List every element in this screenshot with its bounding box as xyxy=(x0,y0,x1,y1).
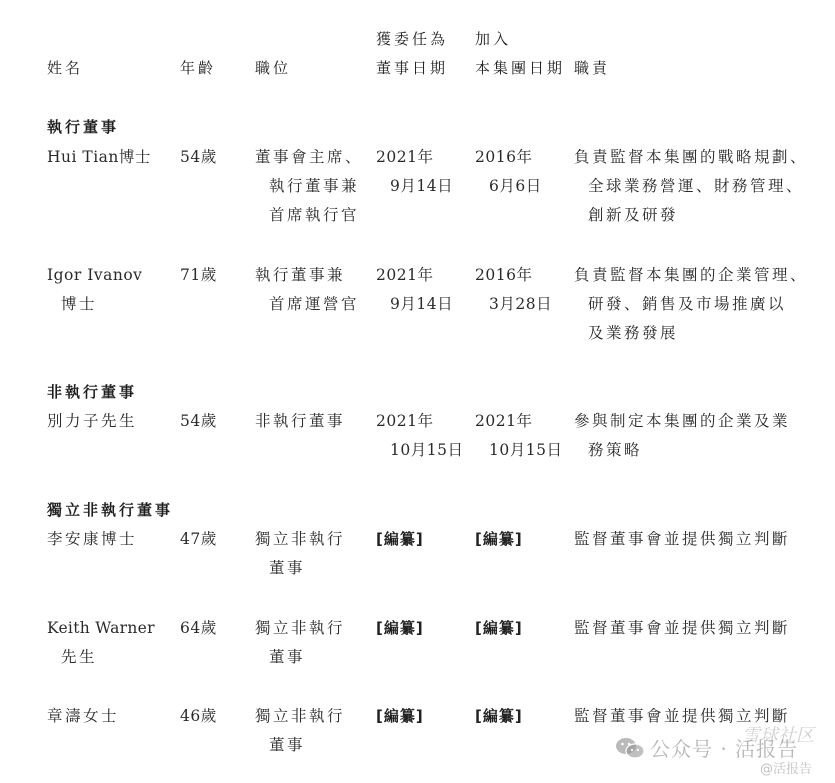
header-joined-line2: 本集團日期 xyxy=(475,54,565,83)
joined-date-redacted: [編纂] xyxy=(475,614,523,643)
director-name: Keith Warner 先生 xyxy=(47,614,155,672)
appointed-date-redacted: [編纂] xyxy=(376,525,424,554)
appointed-date: 2021年 9月14日 xyxy=(376,261,453,319)
director-duties: 監督董事會並提供獨立判斷 xyxy=(574,614,790,643)
director-duties: 參與制定本集團的企業及業 務策略 xyxy=(574,407,790,465)
director-age: 47歲 xyxy=(180,525,217,554)
director-age: 54歲 xyxy=(180,407,217,436)
director-position: 執行董事兼 首席運營官 xyxy=(255,261,359,319)
director-age: 71歲 xyxy=(180,261,217,290)
appointed-date: 2021年 9月14日 xyxy=(376,143,453,201)
appointed-date-redacted: [編纂] xyxy=(376,702,424,731)
watermark-handle: @活报告 xyxy=(760,758,812,777)
wechat-icon xyxy=(615,737,645,759)
joined-date: 2021年 10月15日 xyxy=(475,407,562,465)
director-duties: 負責監督本集團的戰略規劃、 全球業務營運、財務管理、 創新及研發 xyxy=(574,143,808,230)
director-duties: 監督董事會並提供獨立判斷 xyxy=(574,525,790,554)
director-position: 獨立非執行 董事 xyxy=(255,525,345,583)
appointed-date-redacted: [編纂] xyxy=(376,614,424,643)
joined-date: 2016年 3月28日 xyxy=(475,261,552,319)
header-joined-line1: 加入 xyxy=(475,25,511,54)
directors-table-page: 姓名 年齡 職位 獲委任為 董事日期 加入 本集團日期 職責 執行董事 Hui … xyxy=(0,0,835,783)
director-position: 獨立非執行 董事 xyxy=(255,702,345,760)
joined-date: 2016年 6月6日 xyxy=(475,143,542,201)
director-name: Hui Tian博士 xyxy=(47,143,151,172)
watermark-overlay: 雪球社区 xyxy=(742,721,814,747)
section-title-executive: 執行董事 xyxy=(47,113,119,142)
director-position: 非執行董事 xyxy=(255,407,345,436)
header-appointed-line2: 董事日期 xyxy=(376,54,448,83)
header-duties: 職責 xyxy=(574,54,610,83)
joined-date-redacted: [編纂] xyxy=(475,525,523,554)
header-position: 職位 xyxy=(255,54,291,83)
director-name: Igor Ivanov 博士 xyxy=(47,261,142,319)
director-name: 章濤女士 xyxy=(47,702,119,731)
director-age: 64歲 xyxy=(180,614,217,643)
director-position: 獨立非執行 董事 xyxy=(255,614,345,672)
director-name: 別力子先生 xyxy=(47,407,137,436)
header-name: 姓名 xyxy=(47,54,83,83)
section-title-non-executive: 非執行董事 xyxy=(47,378,137,407)
director-duties: 負責監督本集團的企業管理、 研發、銷售及市場推廣以 及業務發展 xyxy=(574,261,808,348)
joined-date-redacted: [編纂] xyxy=(475,702,523,731)
director-age: 46歲 xyxy=(180,702,217,731)
director-name: 李安康博士 xyxy=(47,525,137,554)
header-age: 年齡 xyxy=(180,54,216,83)
header-appointed-line1: 獲委任為 xyxy=(376,25,448,54)
appointed-date: 2021年 10月15日 xyxy=(376,407,463,465)
director-position: 董事會主席、 執行董事兼 首席執行官 xyxy=(255,143,363,230)
director-age: 54歲 xyxy=(180,143,217,172)
section-title-independent: 獨立非執行董事 xyxy=(47,496,173,525)
